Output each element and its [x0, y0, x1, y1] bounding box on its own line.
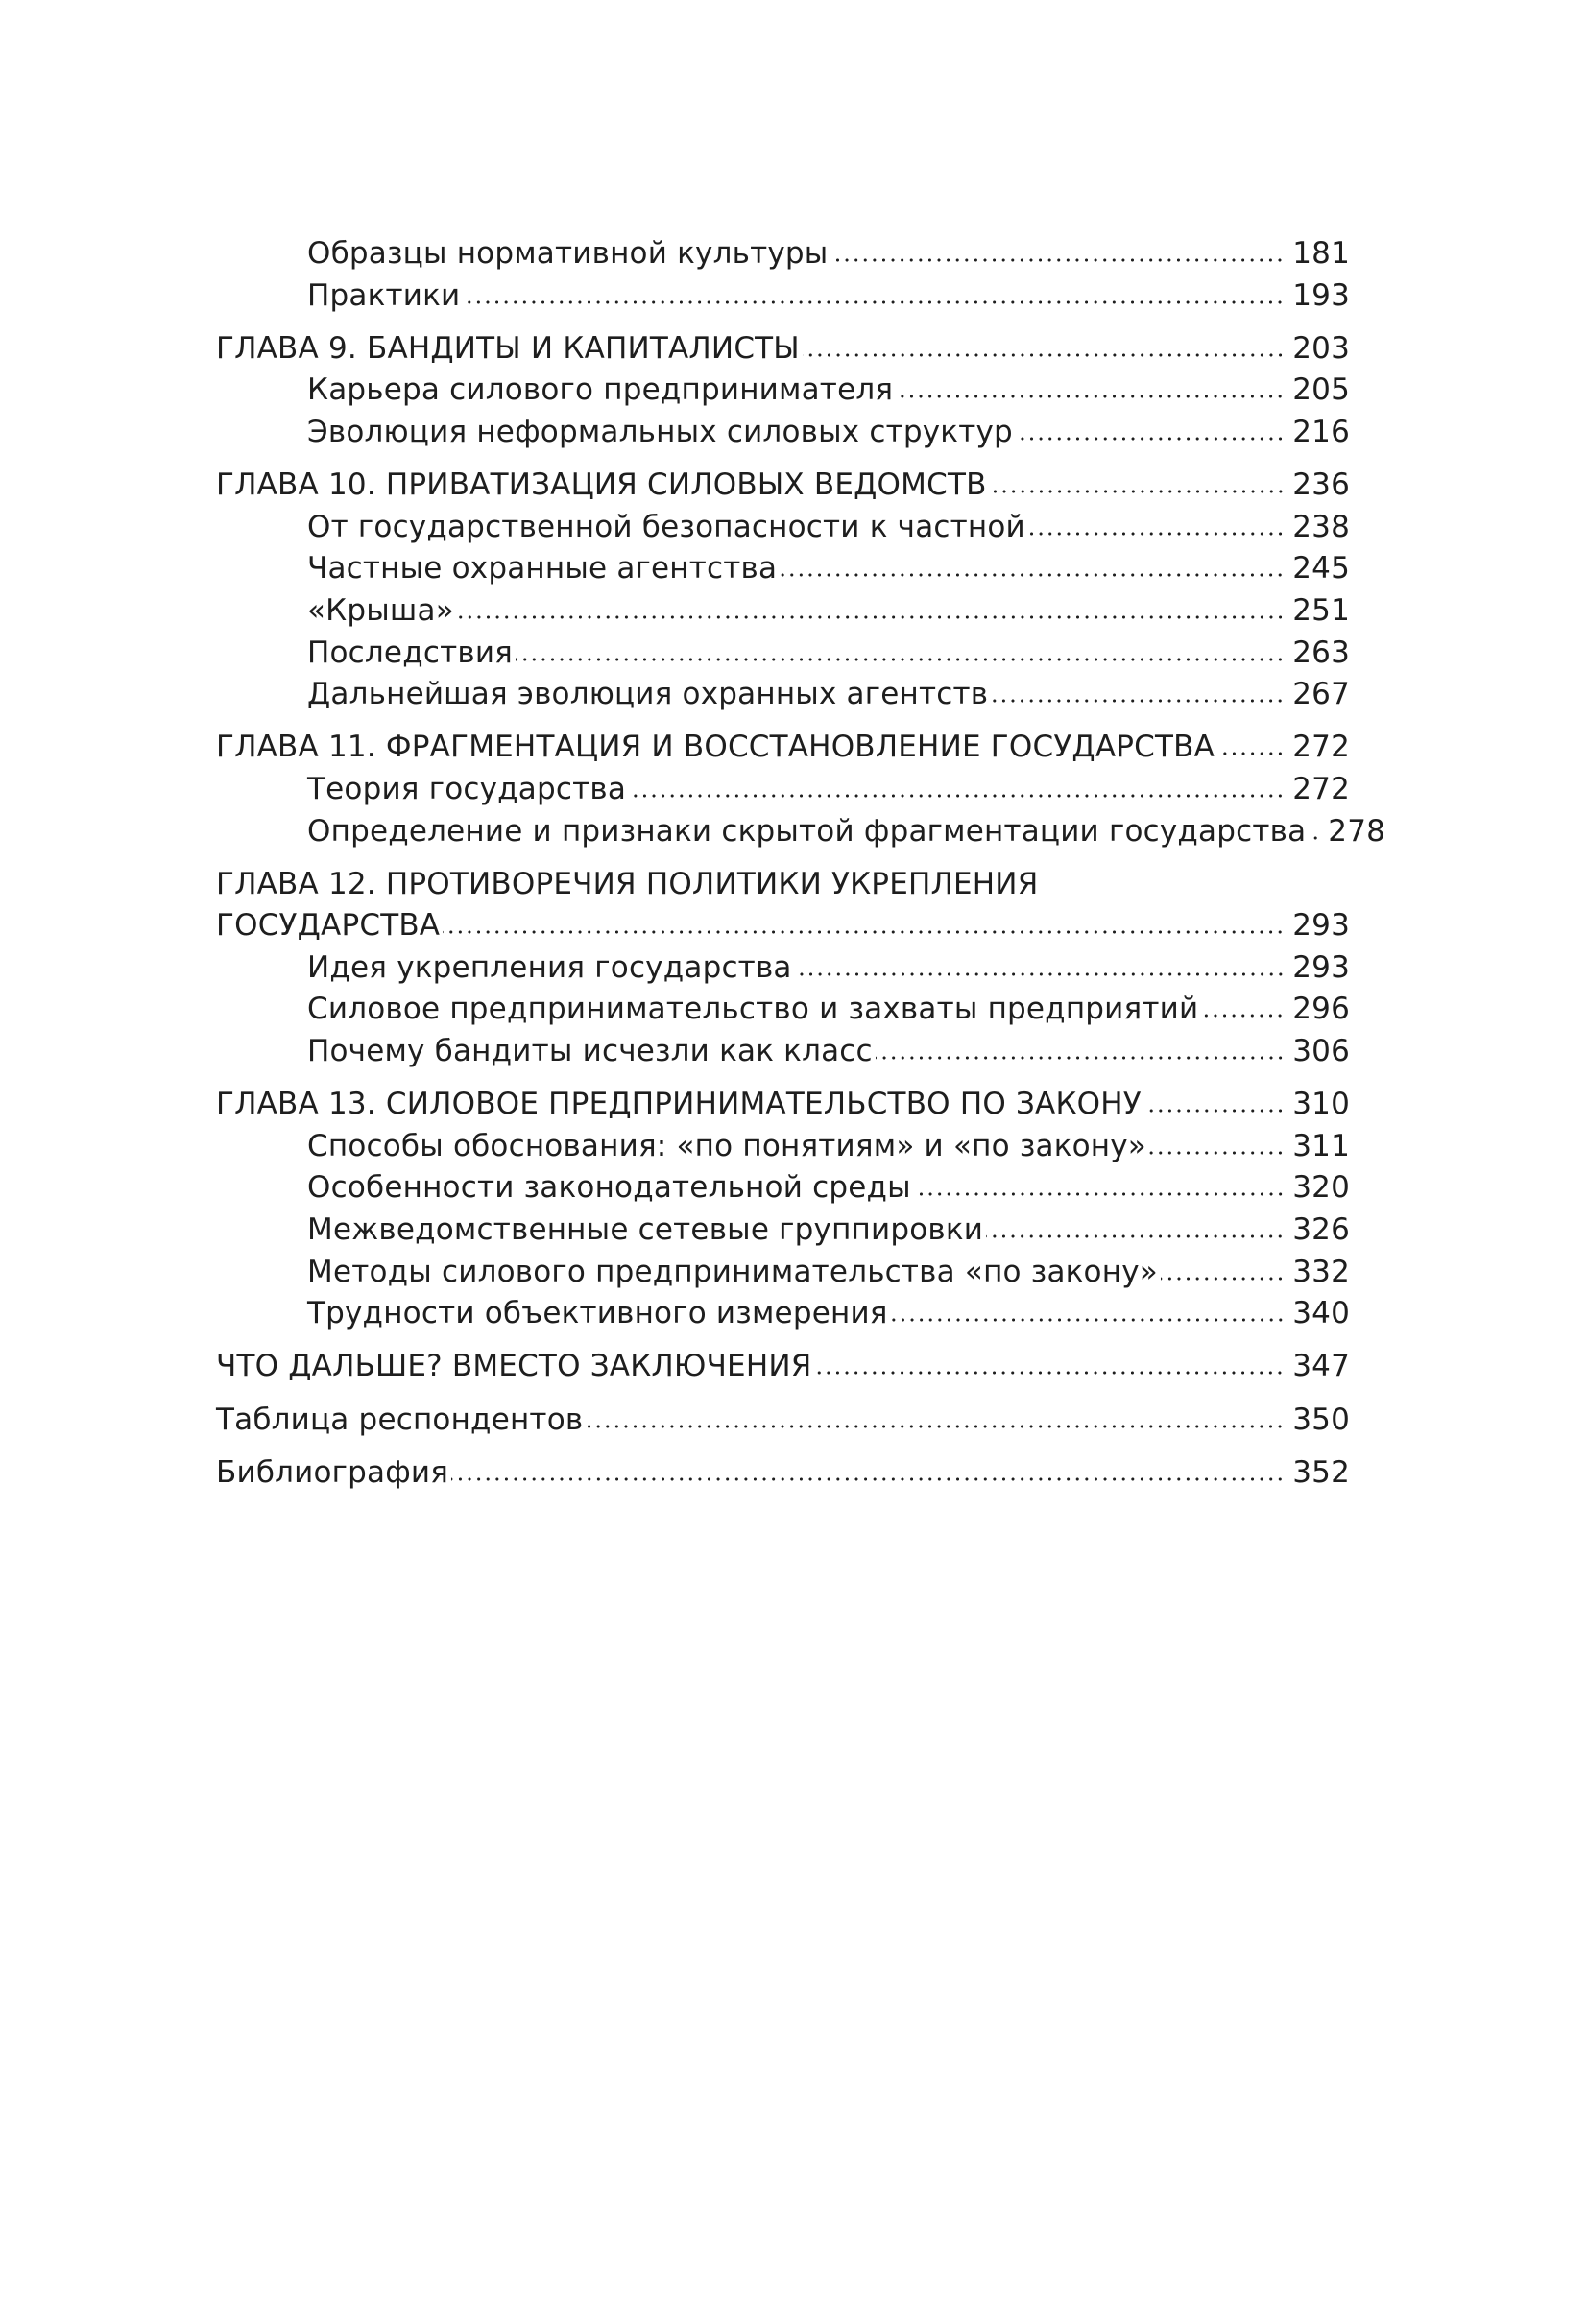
- toc-entry-title: Особенности законодательной среды: [307, 1167, 911, 1210]
- dot-leader: [780, 573, 1285, 577]
- toc-page-number: 311: [1292, 1126, 1350, 1168]
- dot-leader: [1217, 752, 1285, 755]
- toc-page-number: 267: [1292, 674, 1350, 716]
- toc-entry-title: Последствия: [307, 633, 513, 675]
- toc-section-entry[interactable]: Силовое предпринимательство и захваты пр…: [216, 989, 1350, 1031]
- toc-section-entry[interactable]: Межведомственные сетевые группировки326: [216, 1210, 1350, 1252]
- toc-page-number: 278: [1328, 811, 1385, 853]
- toc-section-entry[interactable]: Карьера силового предпринимателя205: [216, 370, 1350, 412]
- dot-leader: [457, 615, 1285, 619]
- dot-leader: [629, 794, 1285, 798]
- toc-page-number: 236: [1292, 465, 1350, 507]
- toc-entry-title: Силовое предпринимательство и захваты пр…: [307, 989, 1198, 1031]
- toc-section-entry[interactable]: Практики193: [216, 276, 1350, 318]
- toc-section-entry[interactable]: От государственной безопасности к частно…: [216, 507, 1350, 549]
- toc-entry-title: Карьера силового предпринимателя: [307, 370, 893, 412]
- toc-entry-title: Определение и признаки скрытой фрагмента…: [307, 811, 1306, 853]
- toc-section-entry[interactable]: Идея укрепления государства293: [216, 947, 1350, 990]
- toc-section-entry[interactable]: Частные охранные агентства245: [216, 548, 1350, 590]
- toc-entry-title: Таблица респондентов: [216, 1400, 583, 1442]
- dot-leader: [1201, 1014, 1285, 1018]
- toc-section-entry[interactable]: Трудности объективного измерения340: [216, 1293, 1350, 1335]
- toc-entry-title: Почему бандиты исчезли как класс: [307, 1031, 873, 1073]
- dot-leader: [914, 1192, 1285, 1196]
- dot-leader: [1149, 1151, 1285, 1155]
- toc-section-entry[interactable]: Способы обоснования: «по понятиям» и «по…: [216, 1126, 1350, 1168]
- toc-page-number: 352: [1292, 1452, 1350, 1495]
- toc-section-entry[interactable]: Образцы нормативной культуры181: [216, 233, 1350, 276]
- toc-page-number: 293: [1292, 947, 1350, 990]
- toc-section-entry[interactable]: Особенности законодательной среды320: [216, 1167, 1350, 1210]
- toc-page-number: 238: [1292, 507, 1350, 549]
- dot-leader: [1309, 836, 1320, 840]
- dot-leader: [443, 930, 1285, 934]
- toc-page-number: 293: [1292, 905, 1350, 947]
- dot-leader: [1028, 532, 1285, 536]
- toc-entry-title: Образцы нормативной культуры: [307, 233, 828, 276]
- dot-leader: [516, 658, 1285, 661]
- toc-page-number: 251: [1292, 590, 1350, 633]
- toc-section-entry[interactable]: «Крыша»251: [216, 590, 1350, 633]
- toc-entry-title: ГЛАВА 11. ФРАГМЕНТАЦИЯ И ВОССТАНОВЛЕНИЕ …: [216, 727, 1215, 769]
- toc-entry-title: Межведомственные сетевые группировки: [307, 1210, 983, 1252]
- toc-entry-title: Теория государства: [307, 769, 626, 811]
- toc-entry-title: ГЛАВА 10. ПРИВАТИЗАЦИЯ СИЛОВЫХ ВЕДОМСТВ: [216, 465, 987, 507]
- dot-leader: [803, 353, 1285, 357]
- toc-page-number: 216: [1292, 412, 1350, 454]
- toc-page-number: 320: [1292, 1167, 1350, 1210]
- toc-page-number: 296: [1292, 989, 1350, 1031]
- dot-leader: [990, 490, 1286, 493]
- toc-chapter-entry[interactable]: Таблица респондентов350: [216, 1400, 1350, 1442]
- toc-entry-title: ЧТО ДАЛЬШЕ? ВМЕСТО ЗАКЛЮЧЕНИЯ: [216, 1346, 811, 1388]
- toc-page-number: 350: [1292, 1400, 1350, 1442]
- toc-page-number: 193: [1292, 276, 1350, 318]
- toc-chapter-entry[interactable]: ГЛАВА 11. ФРАГМЕНТАЦИЯ И ВОССТАНОВЛЕНИЕ …: [216, 727, 1350, 769]
- dot-leader: [896, 395, 1285, 398]
- toc-page-number: 272: [1292, 727, 1350, 769]
- toc-entry-title: Методы силового предпринимательства «по …: [307, 1252, 1158, 1294]
- toc-entry-title: Частные охранные агентства: [307, 548, 777, 590]
- toc-entry-title: ГЛАВА 12. ПРОТИВОРЕЧИЯ ПОЛИТИКИ УКРЕПЛЕН…: [216, 864, 1038, 906]
- toc-entry-title: Практики: [307, 276, 460, 318]
- toc-page-number: 347: [1292, 1346, 1350, 1388]
- toc-chapter-entry[interactable]: ГЛАВА 9. БАНДИТЫ И КАПИТАЛИСТЫ203: [216, 328, 1350, 371]
- toc-chapter-entry[interactable]: ЧТО ДАЛЬШЕ? ВМЕСТО ЗАКЛЮЧЕНИЯ347: [216, 1346, 1350, 1388]
- dot-leader: [586, 1425, 1285, 1428]
- dot-leader: [830, 258, 1285, 262]
- toc-page-number: 263: [1292, 633, 1350, 675]
- dot-leader: [891, 1318, 1286, 1322]
- toc-page-number: 310: [1292, 1084, 1350, 1126]
- toc-chapter-entry[interactable]: ГОСУДАРСТВА293: [216, 905, 1350, 947]
- toc-chapter-entry[interactable]: ГЛАВА 10. ПРИВАТИЗАЦИЯ СИЛОВЫХ ВЕДОМСТВ2…: [216, 465, 1350, 507]
- toc-entry-title: «Крыша»: [307, 590, 454, 633]
- toc-section-entry[interactable]: Теория государства272: [216, 769, 1350, 811]
- toc-section-entry[interactable]: Определение и признаки скрытой фрагмента…: [216, 811, 1350, 853]
- toc-chapter-entry[interactable]: Библиография352: [216, 1452, 1350, 1495]
- toc-page-number: 205: [1292, 370, 1350, 412]
- dot-leader: [986, 1234, 1285, 1238]
- dot-leader: [795, 972, 1286, 976]
- toc-entry-title: Способы обоснования: «по понятиям» и «по…: [307, 1126, 1146, 1168]
- toc-entry-title: Эволюция неформальных силовых структур: [307, 412, 1013, 454]
- toc-entry-title: Трудности объективного измерения: [307, 1293, 888, 1335]
- dot-leader: [991, 699, 1285, 703]
- toc-section-entry[interactable]: Дальнейшая эволюция охранных агентств267: [216, 674, 1350, 716]
- toc-section-entry[interactable]: Последствия263: [216, 633, 1350, 675]
- toc-page-number: 245: [1292, 548, 1350, 590]
- toc-entry-title: ГЛАВА 9. БАНДИТЫ И КАПИТАЛИСТЫ: [216, 328, 800, 371]
- dot-leader: [814, 1371, 1285, 1375]
- toc-page-number: 340: [1292, 1293, 1350, 1335]
- toc-section-entry[interactable]: Почему бандиты исчезли как класс306: [216, 1031, 1350, 1073]
- toc-page-number: 326: [1292, 1210, 1350, 1252]
- toc-entry-title: ГЛАВА 13. СИЛОВОЕ ПРЕДПРИНИМАТЕЛЬСТВО ПО…: [216, 1084, 1142, 1126]
- toc-page-number: 203: [1292, 328, 1350, 371]
- dot-leader: [876, 1056, 1285, 1060]
- toc-page-number: 332: [1292, 1252, 1350, 1294]
- dot-leader: [1016, 437, 1285, 441]
- table-of-contents: Образцы нормативной культуры181Практики1…: [216, 233, 1350, 1494]
- toc-chapter-heading-line[interactable]: ГЛАВА 12. ПРОТИВОРЕЧИЯ ПОЛИТИКИ УКРЕПЛЕН…: [216, 864, 1350, 906]
- toc-entry-title-continued: ГОСУДАРСТВА: [216, 905, 440, 947]
- toc-page-number: 181: [1292, 233, 1350, 276]
- toc-entry-title: Дальнейшая эволюция охранных агентств: [307, 674, 988, 716]
- toc-entry-title: От государственной безопасности к частно…: [307, 507, 1025, 549]
- dot-leader: [451, 1477, 1285, 1481]
- toc-entry-title: Идея укрепления государства: [307, 947, 792, 990]
- toc-section-entry[interactable]: Эволюция неформальных силовых структур21…: [216, 412, 1350, 454]
- toc-entry-title: Библиография: [216, 1452, 448, 1495]
- dot-leader: [1144, 1109, 1285, 1113]
- toc-page-number: 306: [1292, 1031, 1350, 1073]
- dot-leader: [463, 300, 1285, 304]
- toc-page-number: 272: [1292, 769, 1350, 811]
- toc-section-entry[interactable]: Методы силового предпринимательства «по …: [216, 1252, 1350, 1294]
- dot-leader: [1161, 1277, 1285, 1281]
- toc-chapter-entry[interactable]: ГЛАВА 13. СИЛОВОЕ ПРЕДПРИНИМАТЕЛЬСТВО ПО…: [216, 1084, 1350, 1126]
